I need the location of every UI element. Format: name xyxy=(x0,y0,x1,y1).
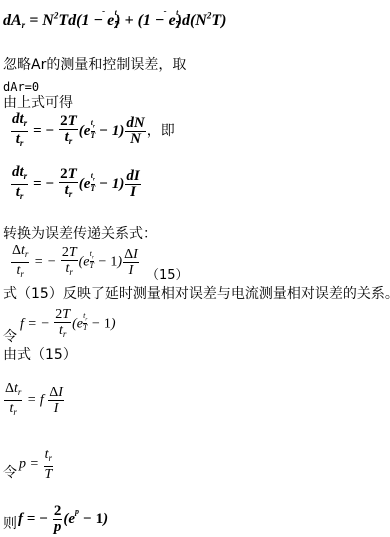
let-prefix-2: 令 xyxy=(3,465,17,481)
equation-suffix: ，即 xyxy=(147,124,175,139)
equation-f-p: f = − 2p(ep − 1) xyxy=(18,504,108,535)
equation-dAr: dAr = N2Td(1 − etrT-) + (1 − etrT-)d(N2T… xyxy=(3,6,226,30)
equation-p-def: p = trT xyxy=(19,447,54,482)
equation-15: Δtrtr = − 2Ttr(etrT − 1)ΔII xyxy=(10,243,140,282)
equation-f-relation: Δtrtr = f ΔII xyxy=(3,381,65,420)
derive-text: 由上式可得 xyxy=(3,95,73,111)
equation-label: （15） xyxy=(146,268,189,284)
equation-dtr-dN: dtrtr = − 2Ttr(etrT − 1)dNN，即 xyxy=(10,112,175,151)
ignore-error-text: 忽略Ar的测量和控制误差，取 xyxy=(3,57,186,73)
dAr-zero-text: dAr=0 xyxy=(3,80,39,94)
relation-text: 式（15）反映了延时测量相对误差与电流测量相对误差的关系。 xyxy=(3,286,390,302)
equation-f-def: f = − 2Ttr(etrT − 1) xyxy=(20,307,116,342)
then-prefix: 则 xyxy=(3,516,17,532)
let-prefix: 令 xyxy=(3,329,17,345)
from-eq15-text: 由式（15） xyxy=(3,347,77,363)
equation-dtr-dI: dtrtr = − 2Ttr(etrT − 1)dII xyxy=(10,165,142,204)
transform-text: 转换为误差传递关系式： xyxy=(3,226,157,242)
